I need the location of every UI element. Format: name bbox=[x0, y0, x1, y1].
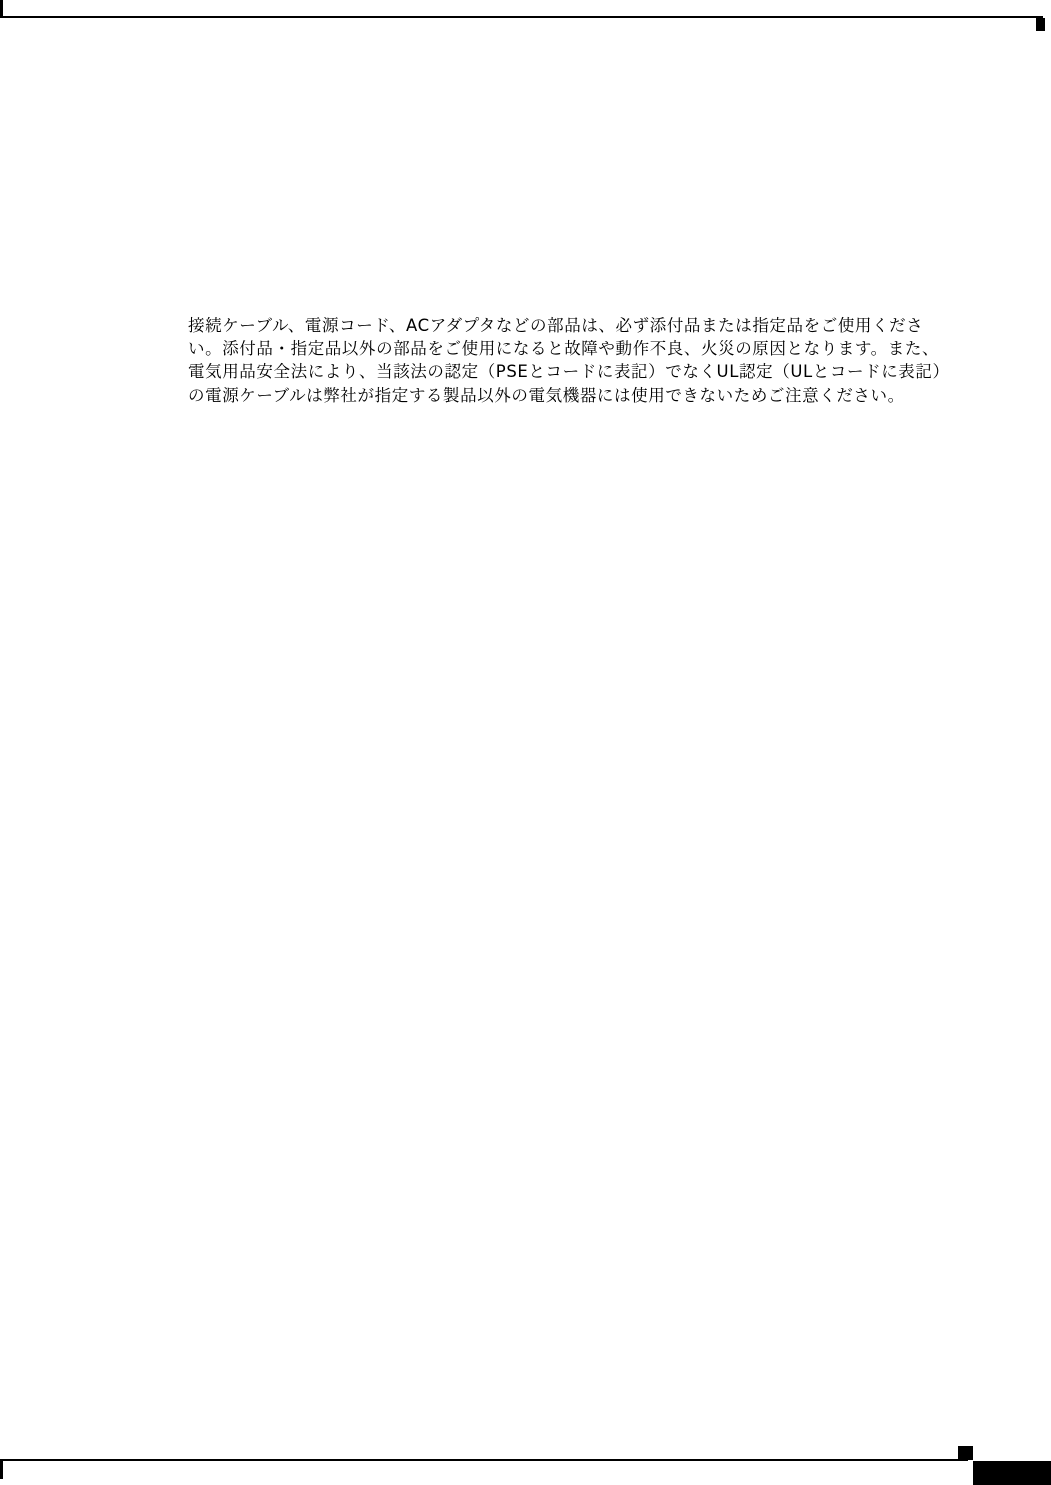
footer-corner-marker bbox=[958, 1446, 973, 1460]
notice-line-2: い。添付品・指定品以外の部品をご使用になると故障や動作不良、火災の原因となります… bbox=[188, 337, 1028, 360]
notice-line-4: の電源ケーブルは弊社が指定する製品以外の電気機器には使用できないためご注意くださ… bbox=[188, 384, 1028, 407]
header-corner-marker bbox=[1036, 18, 1045, 31]
footer-left-tick bbox=[0, 1461, 3, 1479]
safety-notice-paragraph: 接続ケーブル、電源コード、ACアダプタなどの部品は、必ず添付品または指定品をご使… bbox=[188, 314, 1028, 407]
footer-rule bbox=[0, 1459, 968, 1461]
header-rule bbox=[0, 16, 1043, 18]
footer-page-number-tab bbox=[973, 1461, 1051, 1485]
notice-line-1: 接続ケーブル、電源コード、ACアダプタなどの部品は、必ず添付品または指定品をご使… bbox=[188, 314, 1028, 337]
notice-line-3: 電気用品安全法により、当該法の認定（PSEとコードに表記）でなくUL認定（ULと… bbox=[188, 360, 1028, 383]
